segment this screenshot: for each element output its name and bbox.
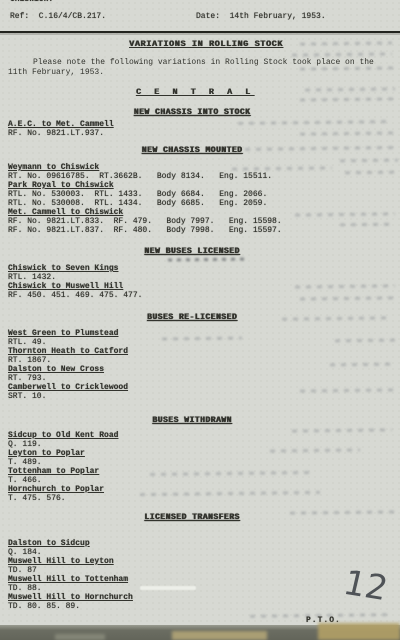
stock-detail-line: RT. 793.: [8, 374, 400, 383]
route-heading: Thornton Heath to Catford: [8, 347, 400, 356]
horizontal-rule: [0, 31, 400, 33]
top-partial-line: Chiswick.: [10, 0, 53, 4]
bleed-through-mark: [300, 97, 395, 101]
scan-bottom-edge: [0, 625, 400, 640]
reference-number: Ref: C.16/4/CB.217.: [10, 12, 106, 21]
scan-edge-patch: [172, 631, 267, 640]
stock-detail-line: RTL. 1432.: [8, 273, 400, 282]
scanned-document-page: Chiswick. Ref: C.16/4/CB.217. Date: 14th…: [0, 0, 400, 640]
stock-detail-line: RTL. No. 530008. RTL. 1434. Body 6685. E…: [8, 199, 400, 208]
section-heading: BUSES WITHDRAWN: [0, 416, 384, 426]
stock-detail-line: Q. 184.: [8, 548, 400, 557]
section-heading: LICENSED TRANSFERS: [0, 513, 384, 523]
section-heading: NEW CHASSIS INTO STOCK: [0, 108, 384, 118]
handwritten-page-number: 12: [340, 563, 392, 609]
section-heading: NEW BUSES LICENSED: [0, 247, 384, 257]
section-buses-re-licensed: BUSES RE-LICENSED West Green to Plumstea…: [0, 313, 400, 401]
stock-detail-line: T. 466.: [8, 476, 400, 485]
stock-detail-line: T. 475. 576.: [8, 494, 400, 503]
route-heading: Weymann to Chiswick: [8, 163, 400, 172]
bleed-through-mark: [292, 52, 392, 56]
route-heading: Park Royal to Chiswick: [8, 181, 400, 190]
stock-detail-line: RF. No. 9821.LT.837. RF. 480. Body 7998.…: [8, 226, 400, 235]
route-heading: Muswell Hill to Leyton: [8, 557, 400, 566]
stock-detail-line: TD. 80. 85. 89.: [8, 602, 400, 611]
route-heading: Muswell Hill to Tottenham: [8, 575, 400, 584]
stock-detail-line: RTL. No. 530003. RTL. 1433. Body 6684. E…: [8, 190, 400, 199]
stock-detail-line: Q. 119.: [8, 440, 400, 449]
scan-edge-patch: [55, 634, 105, 640]
scan-edge-patch: [318, 623, 400, 640]
stock-detail-line: T. 489.: [8, 458, 400, 467]
route-heading: Sidcup to Old Kent Road: [8, 431, 400, 440]
stock-detail-line: SRT. 10.: [8, 392, 400, 401]
stock-detail-line: RT. No. 09616785. RT.3662B. Body 8134. E…: [8, 172, 400, 181]
reference-row: Ref: C.16/4/CB.217. Date: 14th February,…: [0, 12, 400, 22]
stock-detail-line: TD. 87: [8, 566, 400, 575]
route-heading: Dalston to New Cross: [8, 365, 400, 374]
route-heading: Chiswick to Seven Kings: [8, 264, 400, 273]
correction-streak: [140, 586, 196, 590]
bleed-through-mark: [345, 171, 395, 175]
section-entries: Chiswick to Seven Kings RTL. 1432. Chisw…: [8, 264, 400, 300]
route-heading: Dalston to Sidcup: [8, 539, 400, 548]
document-date: Date: 14th February, 1953.: [196, 12, 326, 21]
section-new-buses-licensed: NEW BUSES LICENSED Chiswick to Seven Kin…: [0, 247, 400, 300]
